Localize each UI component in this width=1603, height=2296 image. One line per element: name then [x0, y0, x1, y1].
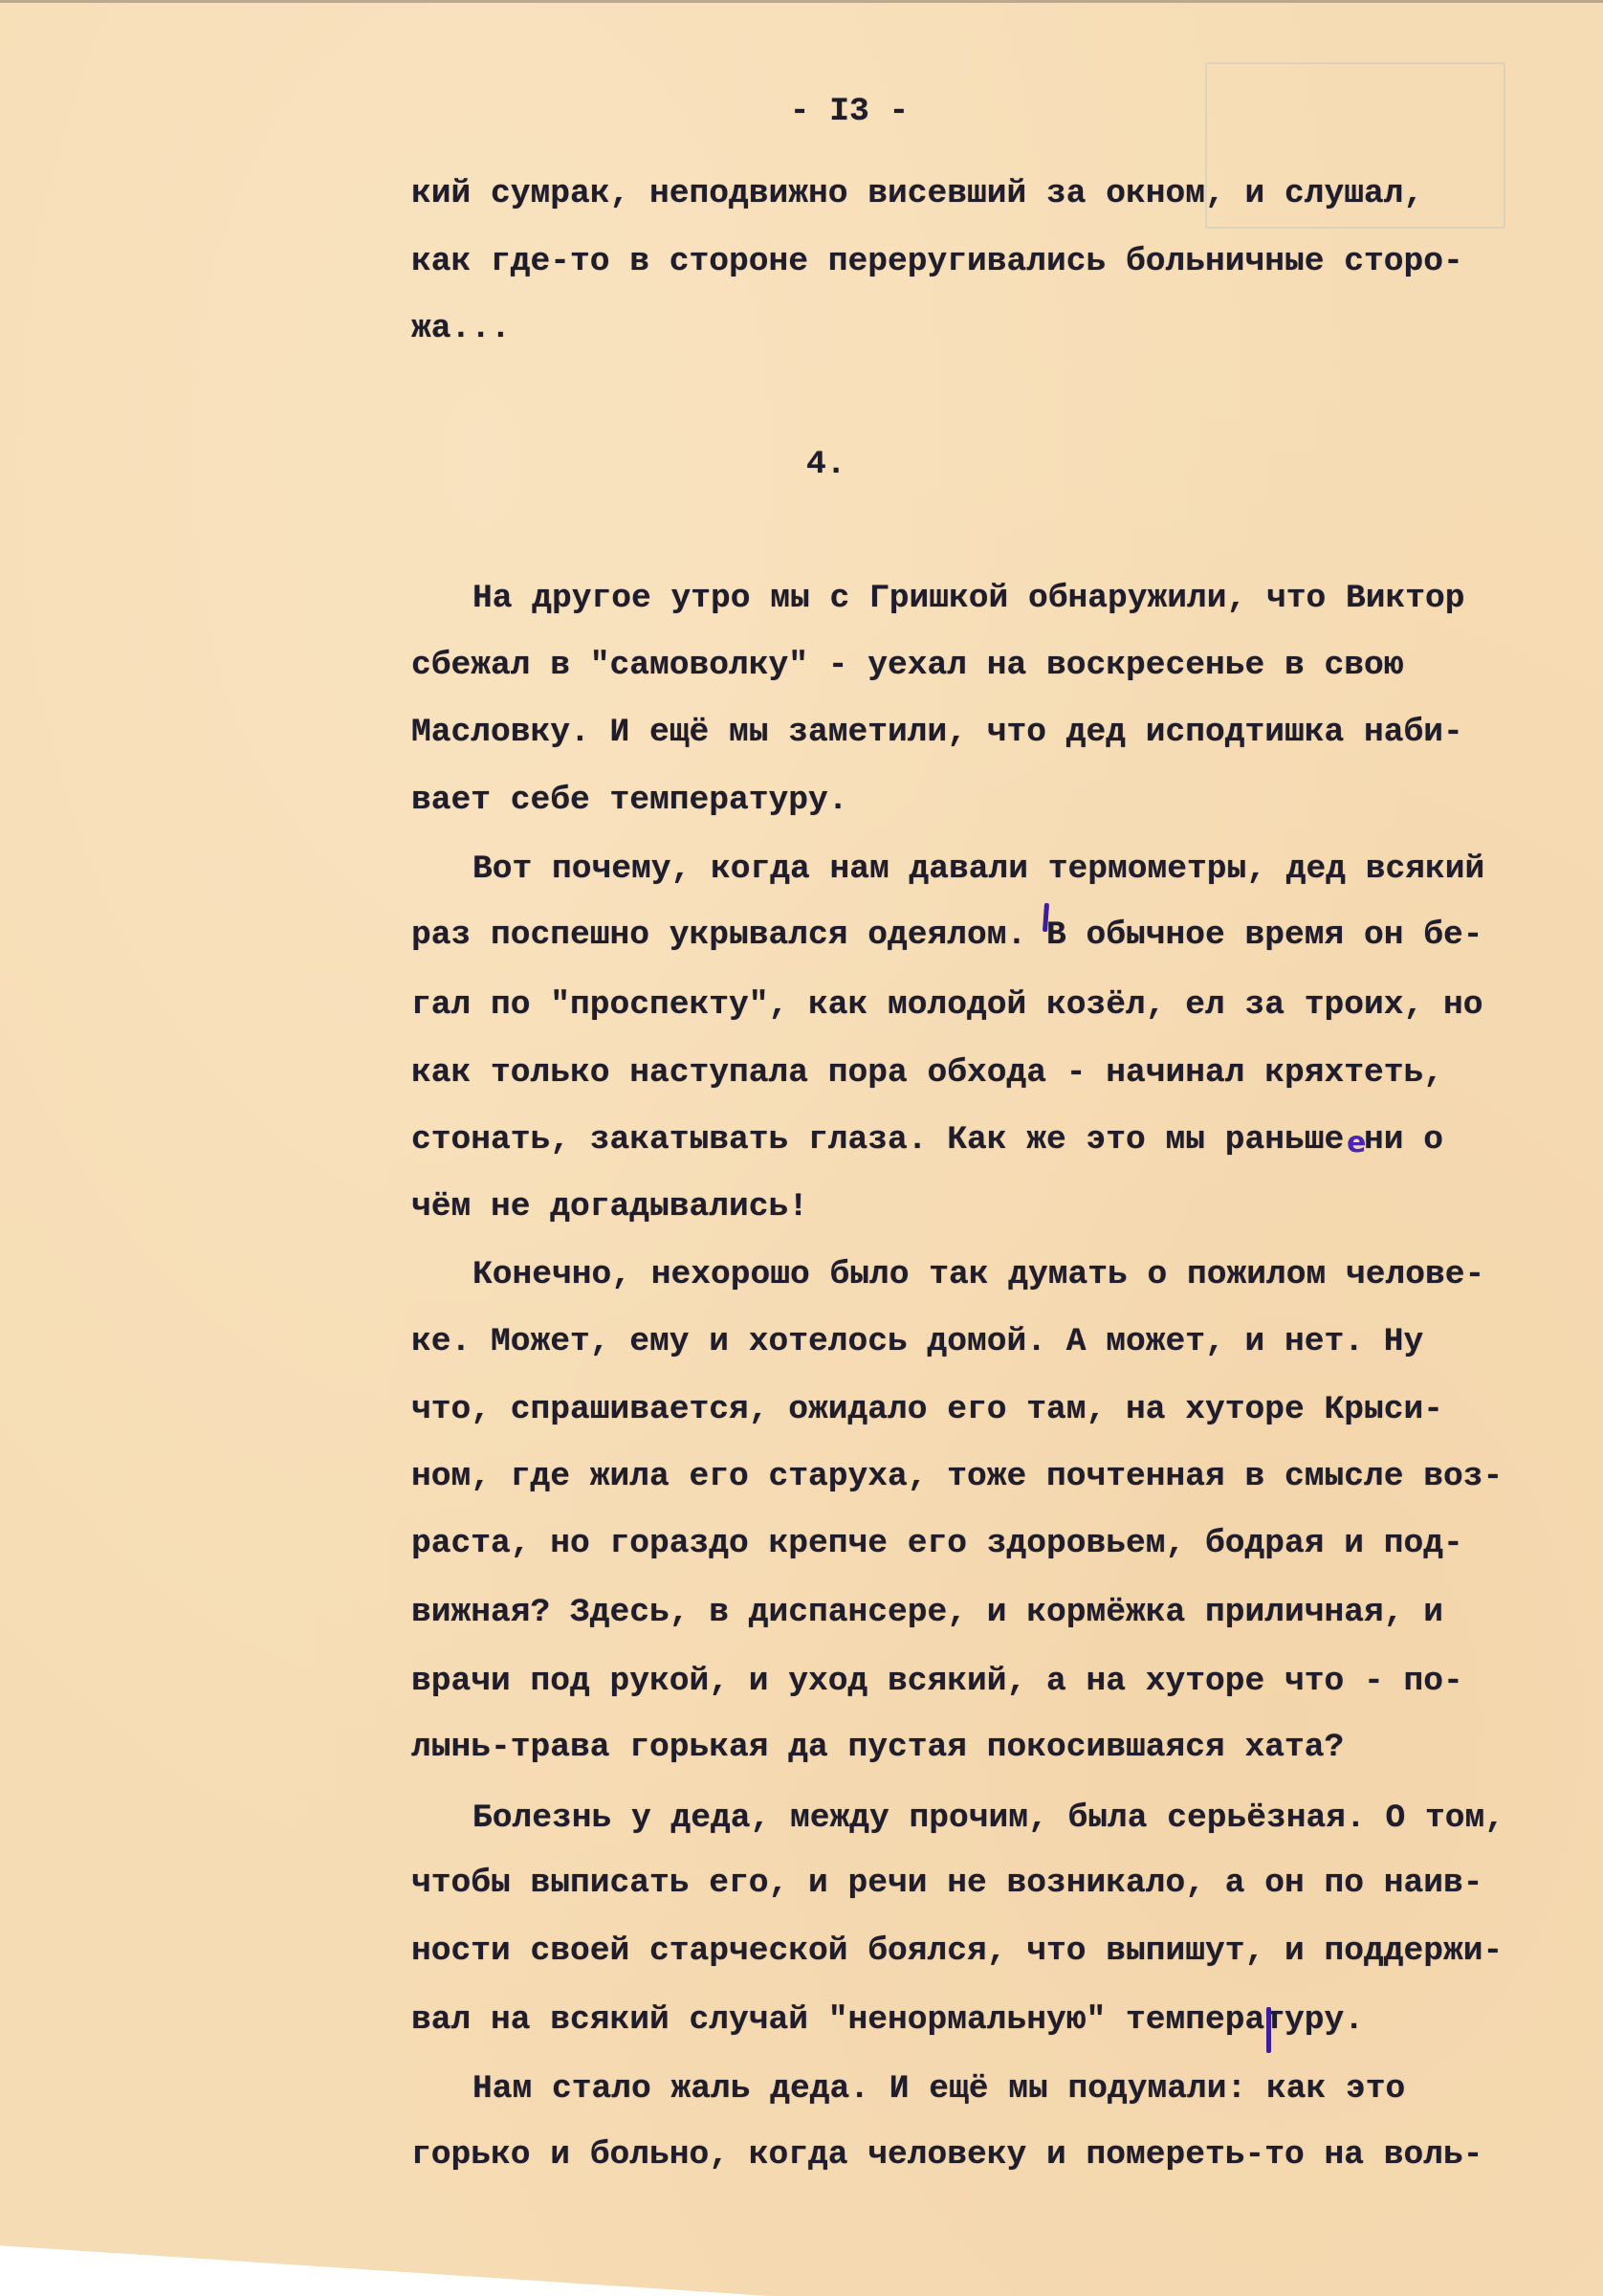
text-line: врачи под рукой, и уход всякий, а на хут…	[411, 1666, 1463, 1699]
text-line: вает себе температуру.	[411, 784, 848, 818]
paragraph-first-line: На другое утро мы с Гришкой обнаружили, …	[472, 583, 1465, 616]
scan-top-edge	[0, 0, 1603, 3]
paragraph-first-line: Конечно, нехорошо было так думать о пожи…	[472, 1259, 1484, 1292]
text-line: что, спрашивается, ожидало его там, на х…	[411, 1394, 1443, 1427]
text-line: вал на всякий случай "ненормальную" темп…	[411, 2004, 1364, 2038]
text-line: гал по "проспекту", как молодой козёл, е…	[411, 989, 1483, 1023]
text-line: ном, где жила его старуха, тоже почтенна…	[411, 1461, 1503, 1494]
page-number: - I3 -	[0, 96, 1603, 129]
typewritten-page: - I3 - кий сумрак, неподвижно висевший з…	[0, 0, 1603, 2296]
handwritten-letter-e: e	[1347, 1126, 1366, 1159]
text-line: лынь-трава горькая да пустая покосившаяс…	[411, 1732, 1344, 1765]
text-line: жа...	[411, 313, 511, 346]
handwritten-letter-stroke	[1266, 2007, 1271, 2053]
text-line: сбежал в "самоволку" - уехал на воскресе…	[411, 650, 1404, 683]
text-line: раз поспешно укрывался одеялом. В обычно…	[411, 919, 1483, 953]
section-heading: 4.	[806, 449, 846, 482]
text-line: стонать, закатывать глаза. Как же это мы…	[411, 1124, 1443, 1158]
text-line: Масловку. И ещё мы заметили, что дед исп…	[411, 717, 1463, 750]
paragraph-first-line: Болезнь у деда, между прочим, была серьё…	[472, 1802, 1504, 1836]
text-line: вижная? Здесь, в диспансере, и кормёжка …	[411, 1597, 1443, 1630]
text-line: как где-то в стороне переругивались боль…	[411, 246, 1463, 279]
text-line: раста, но гораздо крепче его здоровьем, …	[411, 1528, 1463, 1561]
text-line: чём не догадывались!	[411, 1191, 808, 1225]
text-line: горько и больно, когда человеку и помере…	[411, 2139, 1483, 2173]
text-line: ности своей старческой боялся, что выпиш…	[411, 1935, 1503, 1969]
paragraph-first-line: Вот почему, когда нам давали термометры,…	[472, 853, 1484, 887]
text-line: как только наступала пора обхода - начин…	[411, 1057, 1443, 1091]
text-line: кий сумрак, неподвижно висевший за окном…	[411, 178, 1423, 211]
text-line: чтобы выписать его, и речи не возникало,…	[411, 1867, 1483, 1901]
text-line: ке. Может, ему и хотелось домой. А может…	[411, 1326, 1423, 1359]
paragraph-first-line: Нам стало жаль деда. И ещё мы подумали: …	[472, 2073, 1405, 2107]
